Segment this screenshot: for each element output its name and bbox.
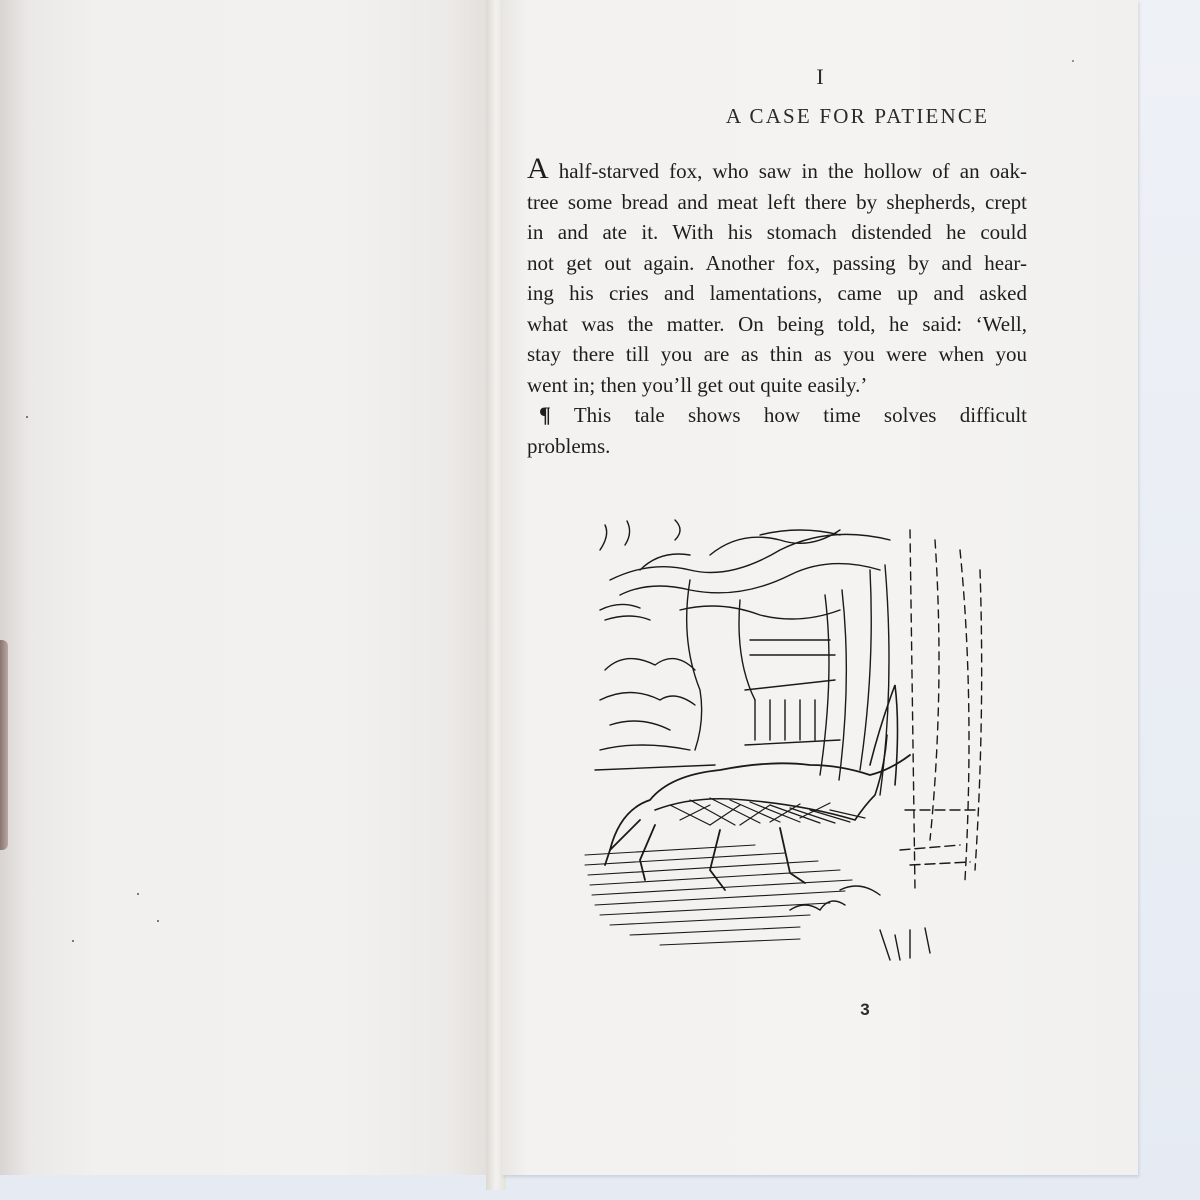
body-line: ing his cries and lamentations, came up … bbox=[527, 278, 1027, 309]
left-page bbox=[0, 0, 490, 1175]
moral-line: problems. bbox=[527, 431, 1027, 462]
page-number: 3 bbox=[502, 1000, 1138, 1020]
paper-speck bbox=[157, 920, 159, 922]
moral-line: ¶ This tale shows how time solves diffic… bbox=[527, 400, 1027, 431]
chapter-number: I bbox=[502, 64, 1138, 90]
paper-speck bbox=[137, 893, 139, 895]
pilcrow-icon: ¶ bbox=[539, 402, 551, 427]
body-line: what was the matter. On being told, he s… bbox=[527, 309, 1027, 340]
body-line: not get out again. Another fox, passing … bbox=[527, 248, 1027, 279]
open-book-photo: I A CASE FOR PATIENCE A half-starved fox… bbox=[0, 0, 1200, 1200]
right-page: I A CASE FOR PATIENCE A half-starved fox… bbox=[502, 0, 1138, 1175]
body-line: tree some bread and meat left there by s… bbox=[527, 187, 1027, 218]
body-line: went in; then you’ll get out quite easil… bbox=[527, 370, 1027, 401]
thumb-holding-page bbox=[0, 640, 8, 850]
drop-cap: A bbox=[527, 152, 549, 185]
moral-text: This tale shows how time solves difficul… bbox=[574, 403, 1027, 427]
body-line-text: half-starved fox, who saw in the hollow … bbox=[559, 159, 1027, 183]
fable-body: A half-starved fox, who saw in the hollo… bbox=[527, 156, 1027, 461]
body-line: stay there till you are as thin as you w… bbox=[527, 339, 1027, 370]
body-line: A half-starved fox, who saw in the hollo… bbox=[527, 156, 1027, 187]
fox-illustration-icon bbox=[580, 510, 1000, 975]
body-line: in and ate it. With his stomach distende… bbox=[527, 217, 1027, 248]
paper-speck bbox=[1072, 60, 1074, 62]
paper-speck bbox=[72, 940, 74, 942]
chapter-title: A CASE FOR PATIENCE bbox=[502, 104, 1138, 129]
paper-speck bbox=[26, 416, 28, 418]
